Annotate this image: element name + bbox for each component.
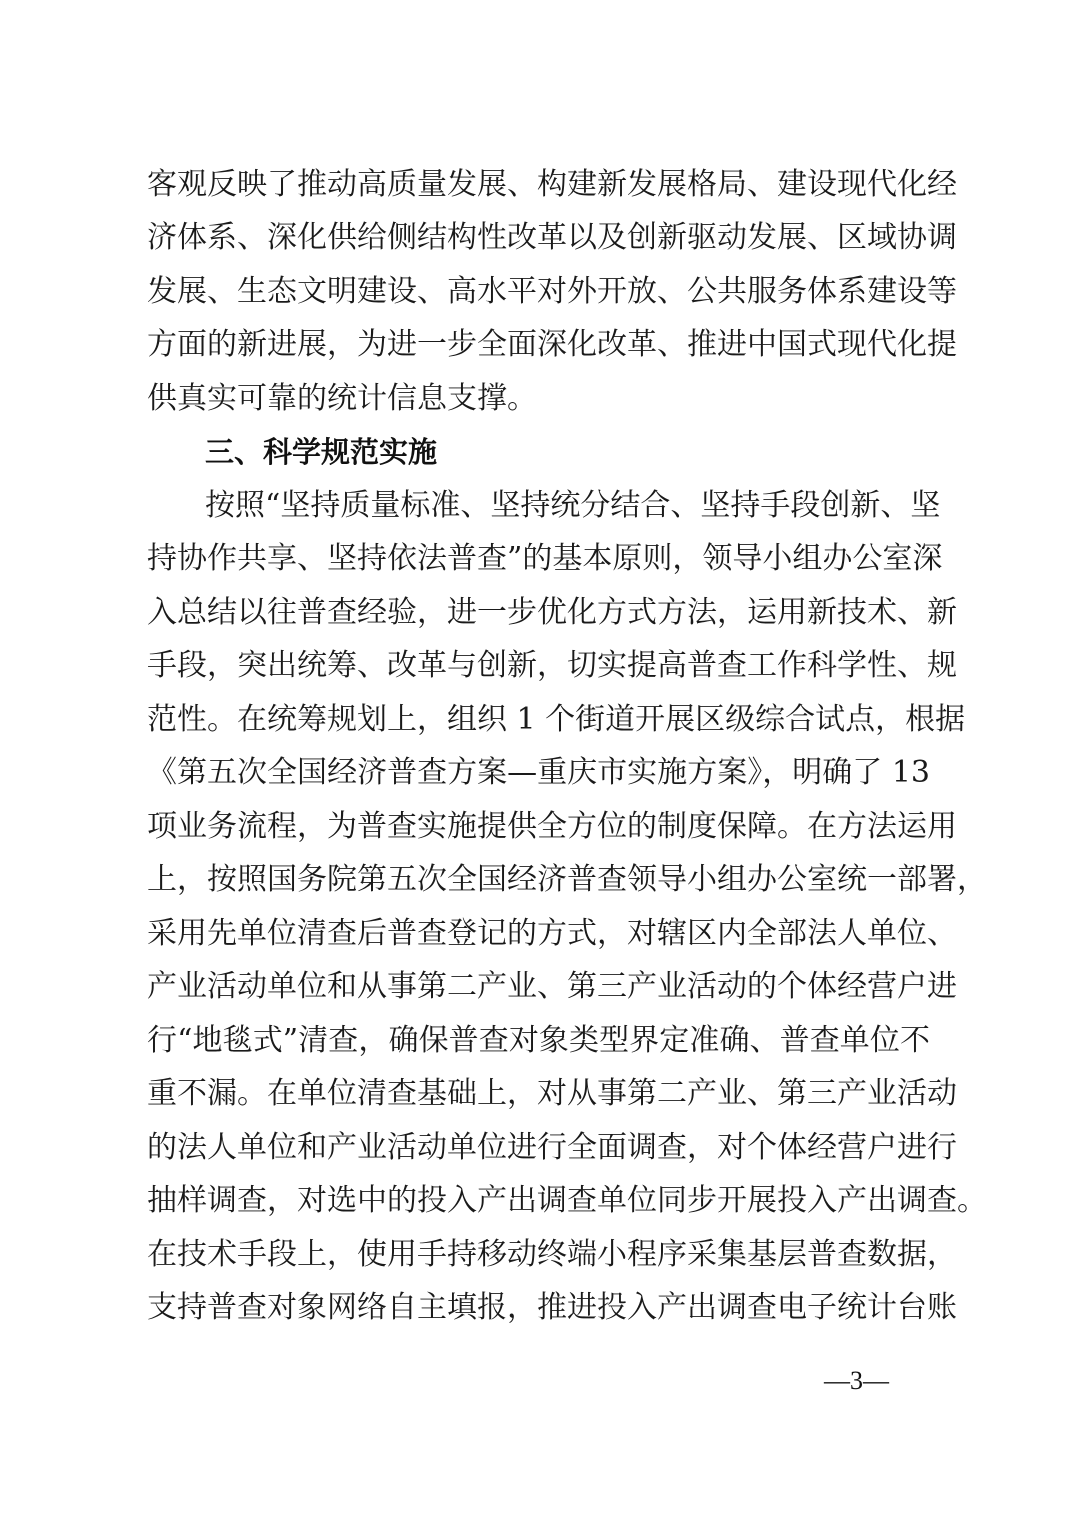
paragraph-2-line-7: 项业务流程，为普查实施提供全方位的制度保障。在方法运用 [147,807,930,847]
paragraph-2-line-9: 采用先单位清查后普查登记的方式，对辖区内全部法人单位、 [147,914,930,954]
paragraph-2-line-5: 范性。在统筹规划上，组织 1 个街道开展区级综合试点，根据 [147,700,930,740]
document-page: 客观反映了推动高质量发展、构建新发展格局、建设现代化经 济体系、深化供给侧结构性… [0,0,1074,1520]
section-heading: 三、科学规范实施 [205,432,437,472]
paragraph-2-line-14: 抽样调查，对选中的投入产出调查单位同步开展投入产出调查。 [147,1181,930,1221]
paragraph-2-line-16: 支持普查对象网络自主填报，推进投入产出调查电子统计台账 [147,1288,930,1328]
paragraph-2-line-8: 上，按照国务院第五次全国经济普查领导小组办公室统一部署， [147,860,930,900]
page-number: —3— [824,1366,889,1396]
paragraph-2-line-3: 入总结以往普查经验，进一步优化方式方法，运用新技术、新 [147,593,930,633]
paragraph-1-line-5: 供真实可靠的统计信息支撑。 [147,379,930,419]
paragraph-2-line-10: 产业活动单位和从事第二产业、第三产业活动的个体经营户进 [147,967,930,1007]
paragraph-2-line-2: 持协作共享、坚持依法普查”的基本原则，领导小组办公室深 [147,539,930,579]
paragraph-2-line-6: 《第五次全国经济普查方案—重庆市实施方案》，明确了 13 [147,753,930,793]
paragraph-2-line-12: 重不漏。在单位清查基础上，对从事第二产业、第三产业活动 [147,1074,930,1114]
paragraph-1-line-3: 发展、生态文明建设、高水平对外开放、公共服务体系建设等 [147,272,930,312]
paragraph-1-line-2: 济体系、深化供给侧结构性改革以及创新驱动发展、区域协调 [147,218,930,258]
paragraph-2-line-13: 的法人单位和产业活动单位进行全面调查，对个体经营户进行 [147,1128,930,1168]
paragraph-1-line-1: 客观反映了推动高质量发展、构建新发展格局、建设现代化经 [147,165,930,205]
paragraph-2-line-4: 手段，突出统筹、改革与创新，切实提高普查工作科学性、规 [147,646,930,686]
paragraph-2-line-15: 在技术手段上，使用手持移动终端小程序采集基层普查数据， [147,1235,930,1275]
paragraph-1-line-4: 方面的新进展，为进一步全面深化改革、推进中国式现代化提 [147,325,930,365]
paragraph-2-line-1: 按照“坚持质量标准、坚持统分结合、坚持手段创新、坚 [205,486,930,526]
paragraph-2-line-11: 行“地毯式”清查，确保普查对象类型界定准确、普查单位不 [147,1021,930,1061]
